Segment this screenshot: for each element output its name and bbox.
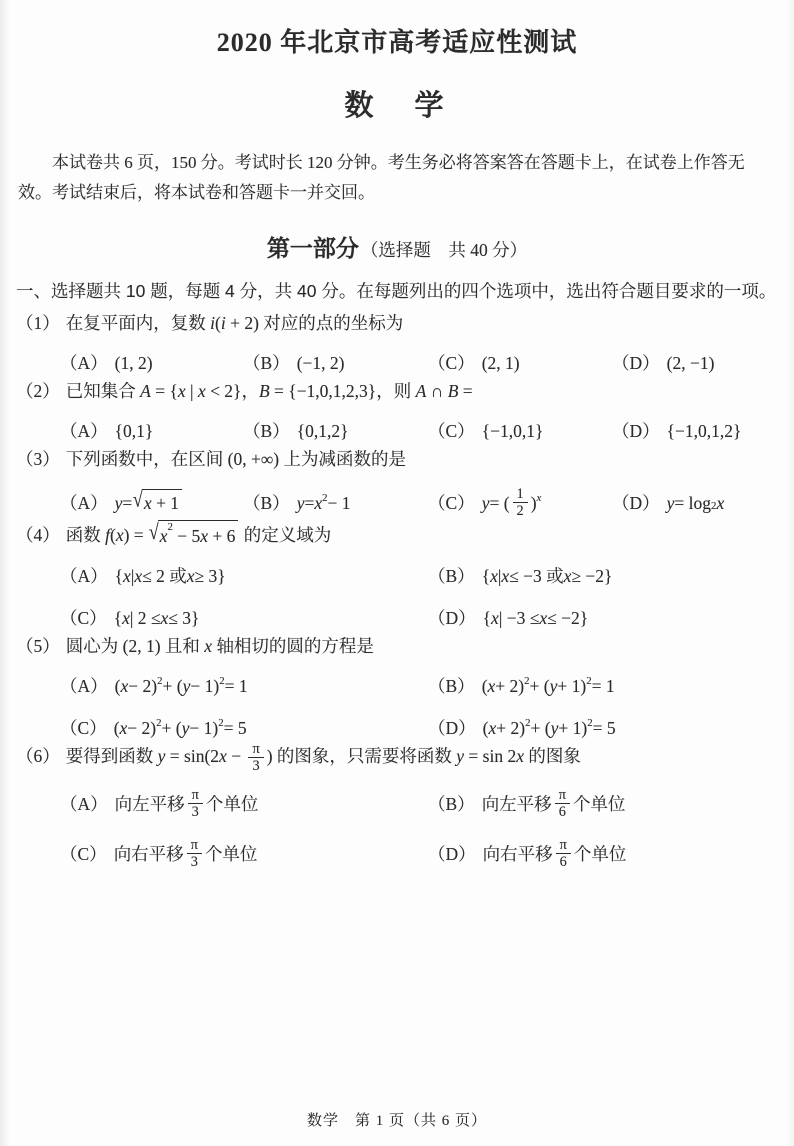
question-3-option-D: （D）y = log2 x [612, 486, 778, 520]
question-1-option-B: （B）(−1, 2) [243, 350, 428, 376]
question-1: （1）在复平面内，复数 i(i + 2) 对应的点的坐标为（A）(1, 2)（B… [16, 316, 778, 376]
question-1-stem: （1）在复平面内，复数 i(i + 2) 对应的点的坐标为 [16, 313, 403, 333]
option-label: （B） [243, 490, 290, 516]
option-value: {−1,0,1,2} [667, 418, 742, 444]
question-6-option-B: （B）向左平移 π6 个单位 [428, 787, 778, 821]
question-3-option-B: （B）y = x2 − 1 [243, 486, 428, 520]
question-5-stem: （5）圆心为 (2, 1) 且和 x 轴相切的圆的方程是 [16, 636, 374, 656]
section-heading: 第一部分（选择题 共 40 分） [16, 230, 778, 263]
option-label: （A） [60, 350, 108, 376]
question-2-text: 已知集合 A = {x | x < 2}，B = {−1,0,1,2,3}，则 … [66, 381, 473, 401]
section-note: （选择题 共 40 分） [361, 240, 527, 260]
option-value: (x − 2)2 + (y − 1)2 = 1 [115, 673, 248, 699]
option-value: {x | −3 ≤ x ≤ −2} [483, 605, 588, 631]
question-4-stem: （4）函数 f(x) = x2 − 5x + 6 的定义域为 [16, 525, 331, 545]
question-4-option-B: （B）{x | x ≤ −3 或 x ≥ −2} [428, 563, 778, 589]
option-label: （D） [612, 418, 660, 444]
question-4: （4）函数 f(x) = x2 − 5x + 6 的定义域为（A）{x | x … [16, 528, 778, 631]
question-5-option-B: （B）(x + 2)2 + (y + 1)2 = 1 [428, 673, 778, 699]
option-value: {x | 2 ≤ x ≤ 3} [114, 605, 200, 631]
option-label: （C） [60, 841, 107, 867]
question-6-option-C: （C）向右平移 π3 个单位 [60, 837, 428, 871]
question-3-option-C: （C）y = (12)x [428, 486, 612, 520]
option-value: {−1,0,1} [482, 418, 544, 444]
question-3-options: （A）y = x + 1（B）y = x2 − 1（C）y = (12)x（D）… [16, 486, 778, 520]
question-6-options: （A）向左平移 π3 个单位（B）向左平移 π6 个单位（C）向右平移 π3 个… [16, 787, 778, 871]
exam-page: 2020 年北京市高考适应性测试 数 学 本试卷共 6 页，150 分。考试时长… [0, 0, 794, 1146]
option-label: （A） [60, 418, 108, 444]
option-value: (−1, 2) [297, 350, 345, 376]
section-title: 第一部分 [267, 235, 359, 261]
option-label: （C） [428, 490, 475, 516]
option-label: （B） [428, 563, 475, 589]
question-1-text: 在复平面内，复数 i(i + 2) 对应的点的坐标为 [66, 313, 404, 333]
subject-title: 数 学 [16, 83, 778, 124]
option-label: （A） [60, 791, 108, 817]
option-value: y = (12)x [482, 486, 542, 520]
option-value: (x + 2)2 + (y + 1)2 = 5 [483, 715, 616, 741]
question-2-option-C: （C）{−1,0,1} [428, 418, 612, 444]
option-value: 向右平移 π6 个单位 [483, 837, 627, 871]
question-1-options: （A）(1, 2)（B）(−1, 2)（C）(2, 1)（D）(2, −1) [16, 350, 778, 376]
page-title: 2020 年北京市高考适应性测试 [16, 22, 778, 59]
option-label: （D） [428, 841, 476, 867]
option-value: 向右平移 π3 个单位 [114, 837, 258, 871]
question-5-option-A: （A）(x − 2)2 + (y − 1)2 = 1 [60, 673, 428, 699]
question-5-option-D: （D）(x + 2)2 + (y + 1)2 = 5 [428, 715, 778, 741]
question-3-stem: （3）下列函数中，在区间 (0, +∞) 上为减函数的是 [16, 449, 406, 469]
option-label: （D） [428, 715, 476, 741]
option-value: {0,1,2} [297, 418, 349, 444]
option-value: (1, 2) [115, 350, 153, 376]
option-label: （B） [428, 673, 475, 699]
option-label: （A） [60, 673, 108, 699]
question-3-text: 下列函数中，在区间 (0, +∞) 上为减函数的是 [66, 449, 406, 469]
question-1-option-C: （C）(2, 1) [428, 350, 612, 376]
option-label: （C） [428, 350, 475, 376]
question-4-option-D: （D）{x | −3 ≤ x ≤ −2} [428, 605, 778, 631]
question-2-stem: （2）已知集合 A = {x | x < 2}，B = {−1,0,1,2,3}… [16, 381, 473, 401]
question-2-option-A: （A）{0,1} [60, 418, 243, 444]
part-one-intro: 一、选择题共 10 题，每题 4 分，共 40 分。在每题列出的四个选项中，选出… [16, 275, 778, 308]
option-value: (2, 1) [482, 350, 520, 376]
question-1-option-A: （A）(1, 2) [60, 350, 243, 376]
option-label: （B） [243, 350, 290, 376]
question-2-options: （A）{0,1}（B）{0,1,2}（C）{−1,0,1}（D）{−1,0,1,… [16, 418, 778, 444]
option-label: （D） [612, 490, 660, 516]
option-label: （B） [243, 418, 290, 444]
question-4-option-C: （C）{x | 2 ≤ x ≤ 3} [60, 605, 428, 631]
question-1-number: （1） [16, 313, 60, 333]
question-4-option-A: （A）{x | x ≤ 2 或 x ≥ 3} [60, 563, 428, 589]
option-label: （C） [60, 605, 107, 631]
option-label: （B） [428, 791, 475, 817]
question-4-number: （4） [16, 525, 60, 545]
question-6-stem: （6）要得到函数 y = sin(2x − π3) 的图象，只需要将函数 y =… [16, 746, 581, 766]
option-label: （D） [612, 350, 660, 376]
question-5-number: （5） [16, 636, 60, 656]
option-label: （A） [60, 490, 108, 516]
exam-instructions: 本试卷共 6 页，150 分。考试时长 120 分钟。考生务必将答案答在答题卡上… [16, 148, 778, 208]
page-footer: 数学 第 1 页（共 6 页） [16, 1109, 778, 1136]
option-label: （C） [428, 418, 475, 444]
question-5-options: （A）(x − 2)2 + (y − 1)2 = 1（B）(x + 2)2 + … [16, 673, 778, 741]
question-6-option-D: （D）向右平移 π6 个单位 [428, 837, 778, 871]
question-2-option-B: （B）{0,1,2} [243, 418, 428, 444]
option-value: y = log2 x [667, 490, 725, 516]
question-5: （5）圆心为 (2, 1) 且和 x 轴相切的圆的方程是（A）(x − 2)2 … [16, 639, 778, 741]
option-label: （A） [60, 563, 108, 589]
question-3-number: （3） [16, 449, 60, 469]
question-2-number: （2） [16, 381, 60, 401]
question-1-option-D: （D）(2, −1) [612, 350, 778, 376]
question-6-number: （6） [16, 746, 60, 766]
option-value: 向左平移 π6 个单位 [482, 787, 626, 821]
option-value: {x | x ≤ 2 或 x ≥ 3} [115, 563, 226, 589]
option-value: (2, −1) [667, 350, 715, 376]
question-5-option-C: （C）(x − 2)2 + (y − 1)2 = 5 [60, 715, 428, 741]
option-value: y = x2 − 1 [297, 490, 351, 516]
option-label: （C） [60, 715, 107, 741]
question-6-option-A: （A）向左平移 π3 个单位 [60, 787, 428, 821]
question-4-text: 函数 f(x) = x2 − 5x + 6 的定义域为 [66, 525, 332, 545]
question-4-options: （A）{x | x ≤ 2 或 x ≥ 3}（B）{x | x ≤ −3 或 x… [16, 563, 778, 631]
option-label: （D） [428, 605, 476, 631]
option-value: 向左平移 π3 个单位 [115, 787, 259, 821]
question-6: （6）要得到函数 y = sin(2x − π3) 的图象，只需要将函数 y =… [16, 749, 778, 871]
question-3: （3）下列函数中，在区间 (0, +∞) 上为减函数的是（A）y = x + 1… [16, 452, 778, 520]
question-6-text: 要得到函数 y = sin(2x − π3) 的图象，只需要将函数 y = si… [66, 746, 581, 766]
question-5-text: 圆心为 (2, 1) 且和 x 轴相切的圆的方程是 [66, 636, 374, 656]
question-2-option-D: （D）{−1,0,1,2} [612, 418, 778, 444]
questions-list: （1）在复平面内，复数 i(i + 2) 对应的点的坐标为（A）(1, 2)（B… [16, 308, 778, 871]
option-value: (x + 2)2 + (y + 1)2 = 1 [482, 673, 615, 699]
option-value: (x − 2)2 + (y − 1)2 = 5 [114, 715, 247, 741]
question-2: （2）已知集合 A = {x | x < 2}，B = {−1,0,1,2,3}… [16, 384, 778, 444]
option-value: {0,1} [115, 418, 154, 444]
option-value: {x | x ≤ −3 或 x ≥ −2} [482, 563, 613, 589]
